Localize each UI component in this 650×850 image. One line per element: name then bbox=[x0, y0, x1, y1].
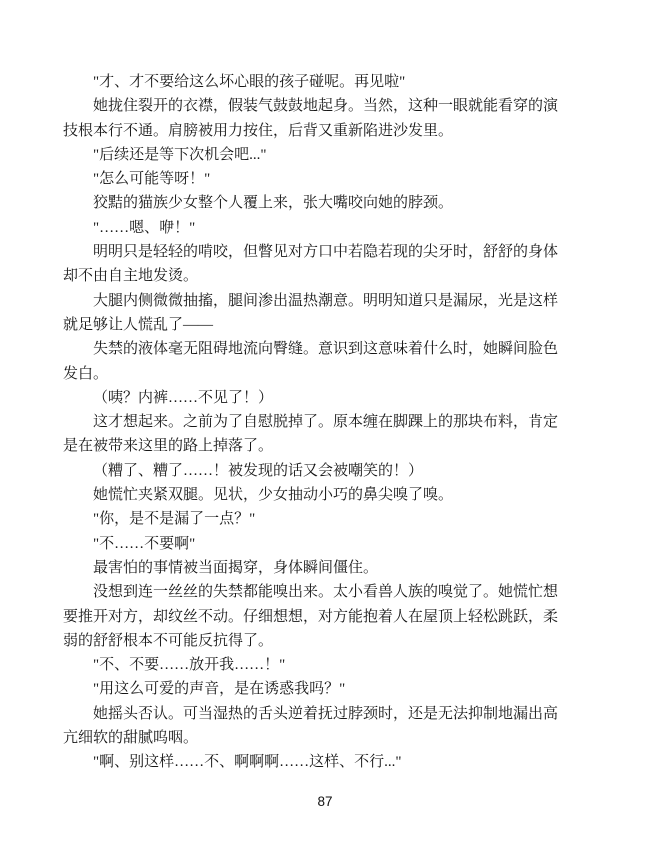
paragraph: 大腿内侧微微抽搐，腿间渗出温热潮意。明明知道只是漏尿，光是这样就足够让人慌乱了—… bbox=[63, 289, 558, 338]
paragraph: "用这么可爱的声音，是在诱惑我吗？" bbox=[63, 677, 558, 701]
paragraph: 她慌忙夹紧双腿。见状，少女抽动小巧的鼻尖嗅了嗅。 bbox=[63, 483, 558, 507]
paragraph: 这才想起来。之前为了自慰脱掉了。原本缠在脚踝上的那块布料，肯定是在被带来这里的路… bbox=[63, 410, 558, 459]
paragraph: 她摇头否认。可当湿热的舌头逆着抚过脖颈时，还是无法抑制地漏出高亢细软的甜腻呜咽。 bbox=[63, 702, 558, 751]
paragraph: "才、才不要给这么坏心眼的孩子碰呢。再见啦" bbox=[63, 70, 558, 94]
page-number: 87 bbox=[0, 794, 650, 809]
paragraph: "不……不要啊" bbox=[63, 532, 558, 556]
paragraph: 最害怕的事情被当面揭穿，身体瞬间僵住。 bbox=[63, 556, 558, 580]
paragraph: 狡黠的猫族少女整个人覆上来，张大嘴咬向她的脖颈。 bbox=[63, 191, 558, 215]
body-text: "才、才不要给这么坏心眼的孩子碰呢。再见啦" 她拢住裂开的衣襟，假装气鼓鼓地起身… bbox=[63, 70, 558, 775]
paragraph: 失禁的液体毫无阻碍地流向臀缝。意识到这意味着什么时，她瞬间脸色发白。 bbox=[63, 337, 558, 386]
paragraph: "你，是不是漏了一点？" bbox=[63, 507, 558, 531]
paragraph: "后续还是等下次机会吧..." bbox=[63, 143, 558, 167]
paragraph: "怎么可能等呀！" bbox=[63, 167, 558, 191]
paragraph: "不、不要……放开我……！" bbox=[63, 653, 558, 677]
paragraph: "啊、别这样……不、啊啊啊……这样、不行..." bbox=[63, 750, 558, 774]
document-page: "才、才不要给这么坏心眼的孩子碰呢。再见啦" 她拢住裂开的衣襟，假装气鼓鼓地起身… bbox=[0, 0, 650, 850]
paragraph: "……嗯、咿！" bbox=[63, 216, 558, 240]
paragraph: 没想到连一丝丝的失禁都能嗅出来。太小看兽人族的嗅觉了。她慌忙想要推开对方，却纹丝… bbox=[63, 580, 558, 653]
paragraph: （咦？内裤……不见了！） bbox=[63, 386, 558, 410]
paragraph: 她拢住裂开的衣襟，假装气鼓鼓地起身。当然，这种一眼就能看穿的演技根本行不通。肩膀… bbox=[63, 94, 558, 143]
paragraph: （糟了、糟了……！被发现的话又会被嘲笑的！） bbox=[63, 459, 558, 483]
paragraph: 明明只是轻轻的啃咬，但瞥见对方口中若隐若现的尖牙时，舒舒的身体却不由自主地发烫。 bbox=[63, 240, 558, 289]
